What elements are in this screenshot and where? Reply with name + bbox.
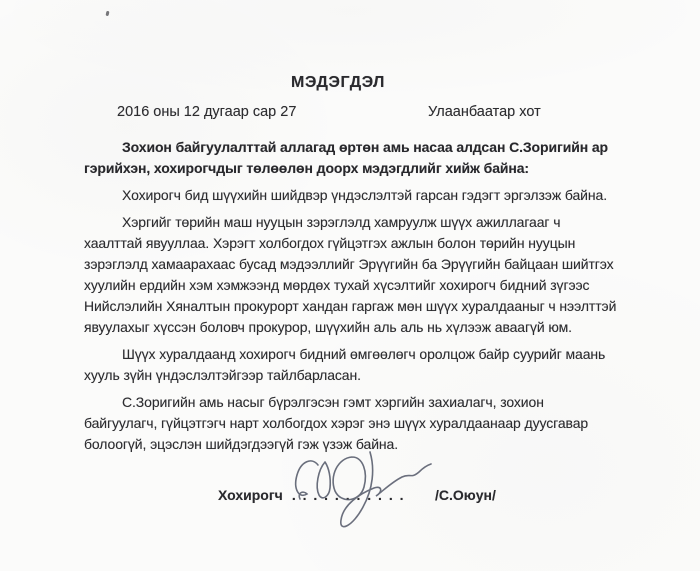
text-line: С.Зоригийн амь насыг бүрэлгэсэн гэмт хэр… xyxy=(84,392,644,413)
text-line: Хэргийг төрийн маш нууцын зэрэглэлд хамр… xyxy=(84,212,644,233)
paragraph-conclusion: С.Зоригийн амь насыг бүрэлгэсэн гэмт хэр… xyxy=(84,392,644,455)
signature-role-label: Хохирогч xyxy=(218,487,283,503)
text-line: хууль зүйн үндэслэлтэйгээр тайлбарласан. xyxy=(84,365,644,386)
signature-dotted-line: . . . . . . . . . . . xyxy=(292,487,405,503)
text-line: зэрэглэлд хамаарахаас бусад мэдээллийг Э… xyxy=(84,254,644,275)
text-line: Шүүх хуралдаанд хохирогч бидний өмгөөлөг… xyxy=(84,344,644,365)
document-city: Улаанбаатар хот xyxy=(428,104,541,120)
signature-row: Хохирогч. . . . . . . . . . ./С.Оюун/ xyxy=(218,487,496,503)
paragraph-doubt: Хохирогч бид шүүхийн шийдвэр үндэслэлтэй… xyxy=(84,185,644,206)
text-line: байгуулагч, гүйцэтгэгч нарт холбогдох хэ… xyxy=(84,413,644,434)
text-line: хаалттай явууллаа. Хэрэгт холбогдох гүйц… xyxy=(84,233,644,254)
document-date: 2016 оны 12 дугаар сар 27 xyxy=(117,104,296,120)
paragraph-intro: Зохион байгуулалттай аллагад өртөн амь н… xyxy=(84,137,644,179)
signature-name: /С.Оюун/ xyxy=(435,487,496,503)
text-line: хуулийн ердийн хэм хэмжээнд мөрдөх тухай… xyxy=(84,275,644,296)
document-body: Зохион байгуулалттай аллагад өртөн амь н… xyxy=(84,137,644,461)
document-page: МЭДЭГДЭЛ 2016 оны 12 дугаар сар 27 Улаан… xyxy=(0,0,700,571)
document-title: МЭДЭГДЭЛ xyxy=(0,74,676,92)
paragraph-secrecy: Хэргийг төрийн маш нууцын зэрэглэлд хамр… xyxy=(84,212,644,338)
paragraph-lawyer: Шүүх хуралдаанд хохирогч бидний өмгөөлөг… xyxy=(84,344,644,386)
text-line: Зохион байгуулалттай аллагад өртөн амь н… xyxy=(84,137,644,158)
scan-speck xyxy=(106,11,110,17)
text-line: гэрийхэн, хохирогчдыг төлөөлөн доорх мэд… xyxy=(84,158,644,179)
text-line: болоогүй, эцэслэн шийдэгдээгүй гэж үзэж … xyxy=(84,434,644,455)
text-line: Хохирогч бид шүүхийн шийдвэр үндэслэлтэй… xyxy=(84,185,644,206)
text-line: Нийслэлийн Хяналтын прокурорт хандан гар… xyxy=(84,296,644,317)
text-line: явуулахыг хүссэн боловч прокурор, шүүхий… xyxy=(84,317,644,338)
